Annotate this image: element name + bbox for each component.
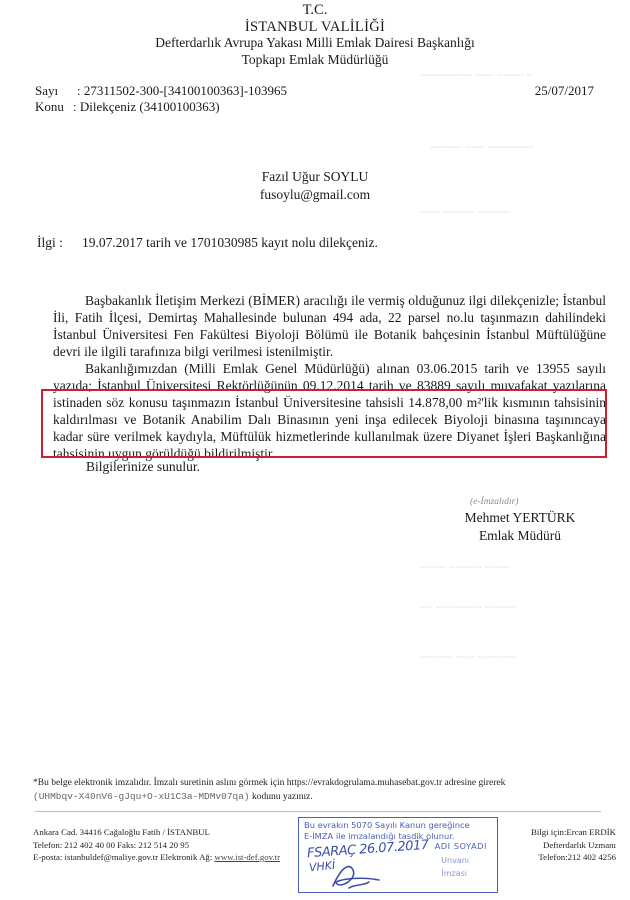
footer-divider (35, 811, 601, 812)
stamp-name-field: ADI SOYADI (435, 841, 487, 852)
verification-code: (UHMbqv-X40nV6-gJqu+O-xU1C3a-MDMv07qa) (33, 791, 250, 802)
signer-title: Emlak Müdürü (440, 527, 600, 545)
letter-body: Başbakanlık İletişim Merkezi (BİMER) ara… (53, 292, 606, 462)
phone-line: Telefon: 212 402 40 00 Faks: 212 514 20 … (33, 839, 280, 852)
recipient-name: Fazıl Uğur SOYLU (0, 168, 630, 186)
stamp-line-1: Bu evrakın 5070 Sayılı Kanun gereğince (304, 820, 492, 831)
reference-label: İlgi : (37, 235, 82, 251)
email-text: E-posta: istanbuldef@maliye.gov.tr Elekt… (33, 852, 212, 862)
verification-notice: *Bu belge elektronik imzalıdır. İmzalı s… (33, 777, 613, 804)
header-tc: T.C. (0, 2, 630, 19)
show-through-text: ~~~~~~~ ~~~ ~~~~~ (430, 140, 533, 155)
web-link[interactable]: www.ist-def.gov.tr (214, 852, 280, 862)
body-paragraph-1: Başbakanlık İletişim Merkezi (BİMER) ara… (53, 292, 606, 360)
recipient-block: Fazıl Uğur SOYLU fusoylu@gmail.com (0, 168, 630, 204)
closing-line: Bilgilerinize sunulur. (86, 459, 200, 475)
certification-stamp: Bu evrakın 5070 Sayılı Kanun gereğince E… (298, 817, 498, 893)
show-through-text: ~~~~~ ~~~~~~~ ~~ (420, 600, 517, 615)
sayi-line: Sayı: 27311502-300-[34100100363]-103965 (35, 83, 287, 99)
notice-text: *Bu belge elektronik imzalıdır. İmzalı s… (33, 778, 505, 788)
notice-suffix: kodunu yazınız. (252, 792, 313, 802)
reference-line: İlgi :19.07.2017 tarih ve 1701030985 kay… (37, 235, 378, 251)
contact-phone: Telefon:212 402 4256 (528, 851, 616, 864)
stamp-title-field: Unvanı (441, 855, 469, 866)
address-line: Ankara Cad. 34416 Cağaloğlu Fatih / İSTA… (33, 826, 280, 839)
e-signature-note: (e-İmzalıdır) (470, 497, 600, 507)
handwritten-signature-icon (329, 858, 389, 892)
recipient-email: fusoylu@gmail.com (0, 186, 630, 204)
contact-title: Defterdarlık Uzmanı (528, 839, 616, 852)
stamp-sign-field: İmzası (441, 868, 467, 879)
konu-line: Konu: Dilekçeniz (34100100363) (35, 99, 287, 115)
signer-name: Mehmet YERTÜRK (440, 509, 600, 527)
sayi-label: Sayı (35, 83, 77, 99)
header-department: Defterdarlık Avrupa Yakası Milli Emlak D… (0, 35, 630, 52)
signature-block: (e-İmzalıdır) Mehmet YERTÜRK Emlak Müdür… (440, 497, 600, 545)
email-line: E-posta: istanbuldef@maliye.gov.tr Elekt… (33, 851, 280, 864)
show-through-text: ~~~~~~ ~~~ ~~~~~ (420, 650, 517, 665)
header-governorship: İSTANBUL VALİLİĞİ (0, 19, 630, 36)
handwritten-name-date: FSARAÇ 26.07.2017 (307, 840, 429, 859)
konu-label: Konu (35, 99, 73, 115)
document-date: 25/07/2017 (535, 83, 594, 99)
konu-value: : Dilekçeniz (34100100363) (73, 99, 220, 114)
show-through-text: ~~~~ ~~~~~ ~~~~ (420, 560, 510, 575)
body-paragraph-2: Bakanlığımızdan (Milli Emlak Genel Müdür… (53, 360, 606, 462)
sayi-value: : 27311502-300-[34100100363]-103965 (77, 83, 287, 98)
footer-address: Ankara Cad. 34416 Cağaloğlu Fatih / İSTA… (33, 826, 280, 864)
document-meta: Sayı: 27311502-300-[34100100363]-103965 … (35, 83, 287, 115)
contact-person: Bilgi için:Ercan ERDİK (528, 826, 616, 839)
letterhead: T.C. İSTANBUL VALİLİĞİ Defterdarlık Avru… (0, 2, 630, 68)
show-through-text: ~ ~~~~ ~~~ ~~~~~~~~ (420, 68, 533, 83)
contact-info: Bilgi için:Ercan ERDİK Defterdarlık Uzma… (528, 826, 616, 864)
reference-text: 19.07.2017 tarih ve 1701030985 kayıt nol… (82, 235, 378, 250)
document-page: ~ ~~~~ ~~~ ~~~~~~~~ ~~~~~~~ ~~~ ~~~~~ ~~… (0, 0, 630, 900)
show-through-text: ~~~~~ ~~~~~ ~~~ (420, 205, 510, 220)
header-directorate: Topkapı Emlak Müdürlüğü (0, 52, 630, 69)
